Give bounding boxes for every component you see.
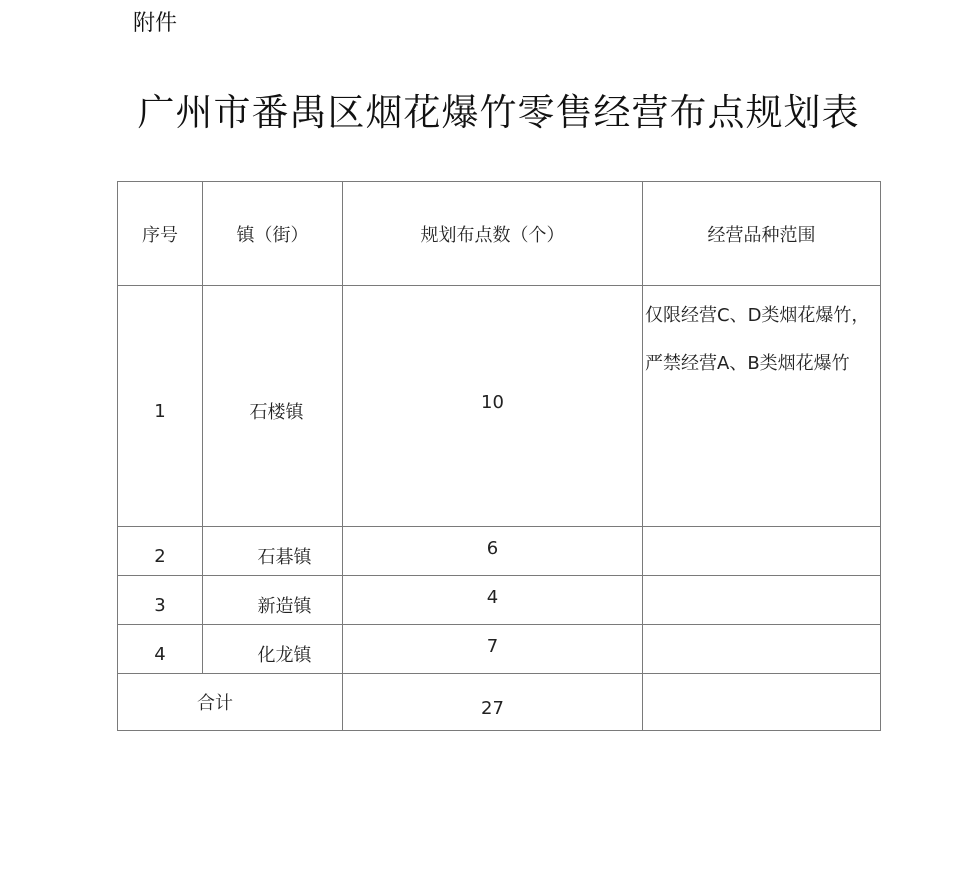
total-scope: [643, 674, 881, 731]
table-total-row: 合计 27: [118, 674, 881, 731]
cell-scope: [643, 576, 881, 625]
cell-town: 石碁镇: [203, 527, 343, 576]
header-town: 镇（街）: [203, 182, 343, 286]
header-scope: 经营品种范围: [643, 182, 881, 286]
cell-seq: 3: [118, 576, 203, 625]
cell-count: 6: [343, 527, 643, 576]
table-header-row: 序号 镇（街） 规划布点数（个） 经营品种范围: [118, 182, 881, 286]
plan-table: 序号 镇（街） 规划布点数（个） 经营品种范围 1 石楼镇 10 仅限经营C、D…: [117, 181, 881, 731]
cell-count: 7: [343, 625, 643, 674]
header-count: 规划布点数（个）: [343, 182, 643, 286]
cell-count: 10: [343, 286, 643, 527]
table-row: 2 石碁镇 6: [118, 527, 881, 576]
cell-town: 石楼镇: [203, 286, 343, 527]
cell-seq: 1: [118, 286, 203, 527]
header-seq: 序号: [118, 182, 203, 286]
table-row: 3 新造镇 4: [118, 576, 881, 625]
cell-scope: 仅限经营C、D类烟花爆竹，严禁经营A、B类烟花爆竹: [643, 286, 881, 527]
total-count: 27: [343, 674, 643, 731]
cell-town: 化龙镇: [203, 625, 343, 674]
total-label: 合计: [118, 674, 343, 731]
table-row: 4 化龙镇 7: [118, 625, 881, 674]
cell-scope: [643, 625, 881, 674]
document-title: 广州市番禺区烟花爆竹零售经营布点规划表: [0, 88, 960, 138]
cell-seq: 4: [118, 625, 203, 674]
cell-seq: 2: [118, 527, 203, 576]
attachment-label: 附件: [133, 8, 177, 40]
cell-scope: [643, 527, 881, 576]
table-row: 1 石楼镇 10 仅限经营C、D类烟花爆竹，严禁经营A、B类烟花爆竹: [118, 286, 881, 527]
cell-count: 4: [343, 576, 643, 625]
cell-town: 新造镇: [203, 576, 343, 625]
